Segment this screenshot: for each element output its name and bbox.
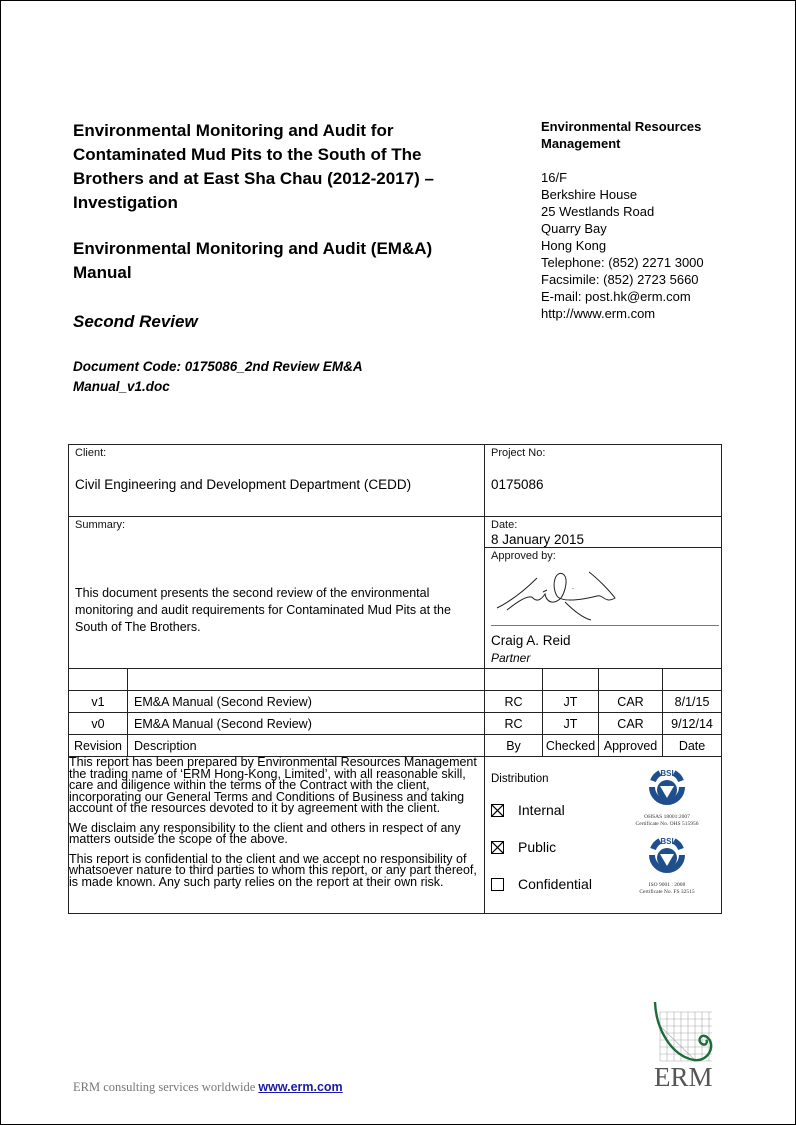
address-line: Hong Kong — [541, 237, 741, 254]
approver-name: Craig A. Reid — [491, 633, 571, 648]
revision-by: RC — [485, 713, 543, 735]
project-number: 0175086 — [485, 477, 721, 492]
revision-approved: CAR — [599, 713, 663, 735]
svg-text:BSI: BSI — [660, 769, 673, 778]
revision-description: EM&A Manual (Second Review) — [128, 713, 485, 735]
signature-line — [491, 625, 719, 626]
disclaimer-paragraph: We disclaim any responsibility to the cl… — [69, 823, 484, 846]
checkbox-empty-icon[interactable] — [491, 878, 504, 891]
bsi-certification-iso: BSI ISO 9001 : 2008 Certificate No. FS 3… — [627, 835, 707, 896]
distribution-label: Confidential — [518, 876, 592, 892]
erm-logo-text: ERM — [654, 1062, 713, 1093]
address-line: Quarry Bay — [541, 220, 741, 237]
review-label: Second Review — [73, 310, 493, 334]
revision-checked: JT — [543, 713, 599, 735]
header-revision: Revision — [69, 735, 128, 757]
approver-role: Partner — [491, 651, 530, 665]
client-value: Civil Engineering and Development Depart… — [69, 477, 484, 492]
revision-header-row: Revision Description By Checked Approved… — [69, 735, 722, 757]
table-row: v1 EM&A Manual (Second Review) RC JT CAR… — [69, 691, 722, 713]
client-label: Client: — [69, 445, 484, 459]
revision-date: 8/1/15 — [663, 691, 722, 713]
distribution-public[interactable]: Public — [491, 839, 556, 855]
facsimile: Facsimile: (852) 2723 5660 — [541, 271, 741, 288]
checkbox-checked-icon[interactable] — [491, 804, 504, 817]
bsi-logo-icon: BSI — [644, 835, 690, 879]
document-subtitle: Environmental Monitoring and Audit (EM&A… — [73, 237, 493, 285]
title-block: Environmental Monitoring and Audit for C… — [73, 119, 493, 397]
company-address: Environmental Resources Management 16/F … — [541, 118, 741, 322]
revision-approved: CAR — [599, 691, 663, 713]
revision-row-empty — [69, 669, 722, 691]
cert-standard: ISO 9001 : 2008 — [627, 882, 707, 889]
header-date: Date — [663, 735, 722, 757]
footer-text: ERM consulting services worldwide — [73, 1080, 258, 1094]
header-checked: Checked — [543, 735, 599, 757]
revision-id: v1 — [69, 691, 128, 713]
footer-tagline: ERM consulting services worldwide www.er… — [73, 1080, 343, 1095]
header-description: Description — [128, 735, 485, 757]
project-cell: Project No: 0175086 — [485, 445, 722, 517]
disclaimer-paragraph: This report is confidential to the clien… — [69, 854, 484, 889]
distribution-internal[interactable]: Internal — [491, 802, 565, 818]
date-approval-cell: Date: 8 January 2015 Approved by: Craig … — [485, 517, 722, 669]
summary-label: Summary: — [69, 517, 484, 531]
date-label: Date: — [485, 517, 721, 531]
distribution-label: Public — [518, 839, 556, 855]
bsi-logo-icon: BSI — [644, 767, 690, 811]
distribution-label: Internal — [518, 802, 565, 818]
header-by: By — [485, 735, 543, 757]
project-label: Project No: — [485, 445, 721, 459]
cert-standard: OHSAS 18001:2007 — [627, 814, 707, 821]
document-title: Environmental Monitoring and Audit for C… — [73, 119, 493, 215]
footer-website-link[interactable]: www.erm.com — [258, 1080, 342, 1094]
table-row: v0 EM&A Manual (Second Review) RC JT CAR… — [69, 713, 722, 735]
document-info-table: Client: Civil Engineering and Developmen… — [68, 444, 722, 914]
disclaimer-paragraph: This report has been prepared by Environ… — [69, 757, 484, 815]
address-line: Berkshire House — [541, 186, 741, 203]
address-line: 16/F — [541, 169, 741, 186]
document-code: Document Code: 0175086_2nd Review EM&A M… — [73, 357, 413, 397]
revision-date: 9/12/14 — [663, 713, 722, 735]
revision-by: RC — [485, 691, 543, 713]
revision-id: v0 — [69, 713, 128, 735]
website-link[interactable]: http://www.erm.com — [541, 305, 741, 322]
email-link[interactable]: E-mail: post.hk@erm.com — [541, 288, 741, 305]
approved-by-label: Approved by: — [485, 548, 721, 562]
date-value: 8 January 2015 — [485, 532, 721, 547]
signature-image — [493, 564, 633, 622]
distribution-confidential[interactable]: Confidential — [491, 876, 592, 892]
bsi-certification-ohsas: BSI OHSAS 18001:2007 Certificate No. OHS… — [627, 767, 707, 828]
telephone: Telephone: (852) 2271 3000 — [541, 254, 741, 271]
summary-text: This document presents the second review… — [69, 585, 484, 636]
revision-description: EM&A Manual (Second Review) — [128, 691, 485, 713]
client-cell: Client: Civil Engineering and Developmen… — [69, 445, 485, 517]
distribution-title: Distribution — [491, 773, 549, 785]
svg-text:BSI: BSI — [660, 837, 673, 846]
company-name: Environmental Resources Management — [541, 118, 741, 152]
cert-number: Certificate No. FS 32515 — [627, 889, 707, 896]
checkbox-checked-icon[interactable] — [491, 841, 504, 854]
address-line: 25 Westlands Road — [541, 203, 741, 220]
disclaimer-cell: This report has been prepared by Environ… — [69, 757, 485, 914]
header-approved: Approved — [599, 735, 663, 757]
revision-checked: JT — [543, 691, 599, 713]
cert-number: Certificate No. OHS 515956 — [627, 821, 707, 828]
distribution-cell: Distribution Internal Public Confidentia… — [485, 757, 722, 914]
summary-cell: Summary: This document presents the seco… — [69, 517, 485, 669]
approval-section: Approved by: Craig A. Reid Partner — [485, 547, 721, 668]
